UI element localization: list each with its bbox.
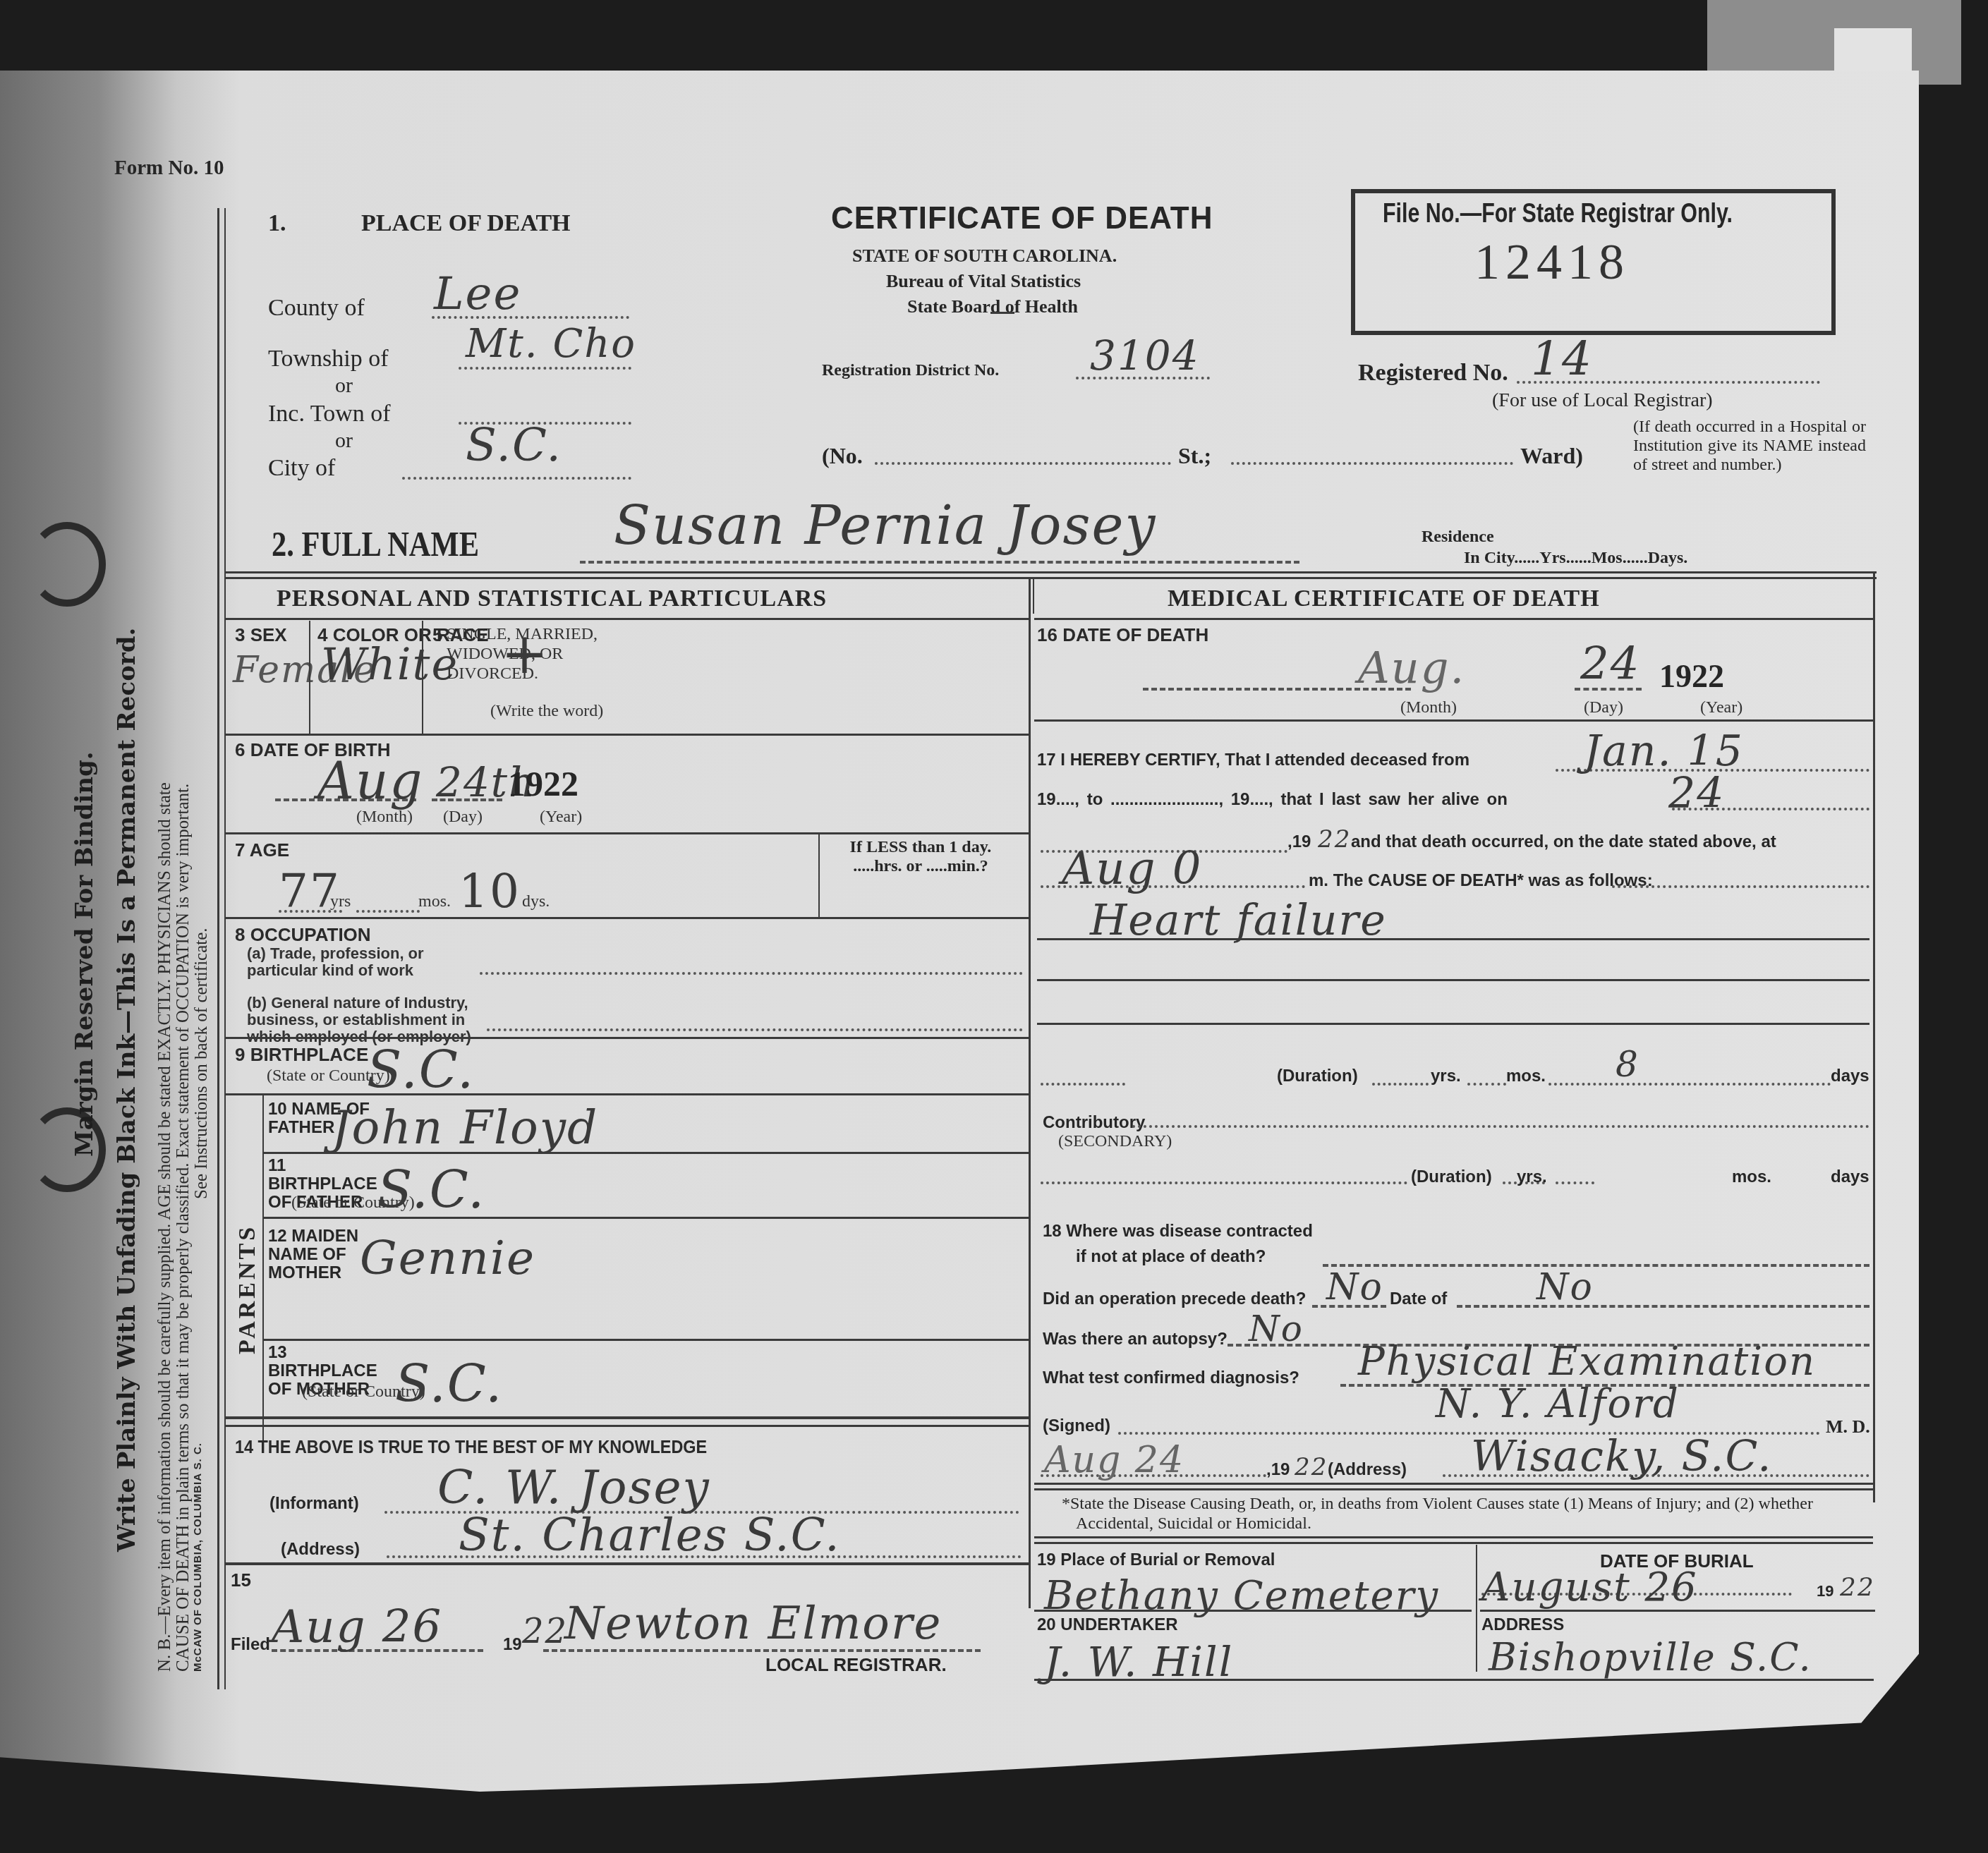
certificate-title: CERTIFICATE OF DEATH xyxy=(831,201,1213,236)
dod-month[interactable]: Aug. xyxy=(1358,642,1465,693)
physician-address-value[interactable]: Wisacky, S.C. xyxy=(1471,1432,1772,1481)
binding-hole-icon xyxy=(28,522,106,607)
mother-birthplace-value[interactable]: S.C. xyxy=(395,1354,503,1414)
margin-nb-line-3: See Instructions on back of certificate. xyxy=(192,928,212,1199)
rule xyxy=(226,1093,1029,1095)
dob-year[interactable]: 1922 xyxy=(508,763,578,804)
occupation-a-label: (a) Trade, profession, or particular kin… xyxy=(247,945,480,979)
street-no-label: (No. xyxy=(822,443,863,469)
cause-of-death-label: m. The CAUSE OF DEATH* was as follows: xyxy=(1309,871,1653,891)
duration-mos-pre xyxy=(1467,1083,1506,1086)
township-line xyxy=(459,367,631,370)
rule xyxy=(1034,1610,1472,1612)
line3-prefix: ,19 xyxy=(1287,832,1311,852)
certify-line-3: and that death occurred, on the date sta… xyxy=(1351,832,1776,852)
dod-year-caption: (Year) xyxy=(1700,698,1742,717)
undertaker-address-label: ADDRESS xyxy=(1481,1615,1564,1635)
local-registrar-label: LOCAL REGISTRAR. xyxy=(765,1654,947,1676)
age-days[interactable]: 10 xyxy=(459,864,521,918)
secondary-duration-label: (Duration) xyxy=(1411,1167,1492,1187)
rule xyxy=(226,618,1029,620)
certify-line-2: 19...., to ......................., 19..… xyxy=(1037,790,1508,810)
ward-label: Ward) xyxy=(1520,443,1583,469)
occupation-b-line xyxy=(487,1028,1023,1031)
dob-month-caption: (Month) xyxy=(356,808,413,827)
margin-nb-line-1: N. B.—Every item of information should b… xyxy=(155,782,175,1672)
test-value[interactable]: Physical Examination xyxy=(1358,1339,1816,1385)
line3-year[interactable]: 22 xyxy=(1318,825,1351,853)
rule xyxy=(226,1037,1029,1039)
cause-line xyxy=(1612,885,1869,888)
registration-district-label: Registration District No. xyxy=(822,361,999,380)
age-mos-label: mos. xyxy=(418,892,451,911)
occupation-a-line xyxy=(480,972,1023,975)
residence-line: In City......Yrs......Mos......Days. xyxy=(1464,549,1687,568)
burial-date-value[interactable]: August 26 xyxy=(1481,1565,1698,1610)
medical-heading: MEDICAL CERTIFICATE OF DEATH xyxy=(1168,585,1600,612)
age-months-line xyxy=(356,910,420,913)
file-number[interactable]: 12418 xyxy=(1474,233,1630,291)
rule xyxy=(1034,719,1873,722)
mother-name-value[interactable]: Gennie xyxy=(360,1231,535,1285)
city-value[interactable]: S.C. xyxy=(466,420,562,472)
age-label: 7 AGE xyxy=(235,839,289,861)
duration-days-line xyxy=(1548,1083,1831,1086)
board-name: State Board of Health xyxy=(907,296,1078,317)
or-label: or xyxy=(335,429,353,453)
rule xyxy=(1034,618,1873,620)
left-border-rule-inner xyxy=(224,208,226,1689)
sex-label: 3 SEX xyxy=(235,624,287,646)
informant-label: (Informant) xyxy=(269,1494,359,1514)
marital-hint: (Write the word) xyxy=(490,702,603,721)
center-divider-inner xyxy=(1033,578,1034,614)
secondary-days-label: days xyxy=(1831,1167,1869,1187)
certify-text: 17 I HEREBY CERTIFY, That I attended dec… xyxy=(1037,751,1469,770)
form-number: Form No. 10 xyxy=(114,157,224,180)
full-name-label: 2. FULL NAME xyxy=(272,523,479,564)
filed-year-prefix: 19 xyxy=(503,1635,522,1655)
test-label: What test confirmed diagnosis? xyxy=(1043,1368,1299,1388)
rule xyxy=(1034,1542,1873,1544)
rule-double-bottom xyxy=(226,577,1877,579)
secondary-mos-line xyxy=(1556,1181,1594,1184)
dod-year[interactable]: 1922 xyxy=(1659,657,1724,695)
filed-year[interactable]: 22 xyxy=(522,1612,568,1651)
center-divider xyxy=(1029,578,1031,1608)
secondary-duration-blank xyxy=(1041,1181,1407,1184)
duration-mos-label: mos. xyxy=(1506,1067,1546,1086)
rule-double-top xyxy=(226,571,1877,573)
duration-blank xyxy=(1041,1083,1125,1086)
county-value[interactable]: Lee xyxy=(434,268,521,320)
rule xyxy=(226,917,1029,919)
margin-binding-note: Margin Reserved For Binding. xyxy=(71,752,99,1158)
md-label: M. D. xyxy=(1826,1416,1870,1438)
marital-number: 5 xyxy=(432,624,442,646)
dob-day-caption: (Day) xyxy=(443,808,483,827)
parents-divider xyxy=(262,1095,264,1447)
street-no-line xyxy=(875,462,1171,465)
time-of-death-value[interactable]: Aug 0 xyxy=(1062,843,1202,895)
physician-address-label: (Address) xyxy=(1328,1460,1407,1480)
age-dys-label: dys. xyxy=(522,892,550,911)
section-15-number: 15 xyxy=(231,1569,251,1591)
occupation-label: 8 OCCUPATION xyxy=(235,924,371,946)
dod-day-caption: (Day) xyxy=(1584,698,1623,717)
registered-no-value[interactable]: 14 xyxy=(1531,332,1593,386)
rule xyxy=(1034,1679,1874,1681)
duration-value[interactable]: 8 xyxy=(1616,1044,1640,1085)
birthplace-value[interactable]: S.C. xyxy=(367,1040,475,1100)
sign-year-value[interactable]: 22 xyxy=(1295,1453,1328,1481)
dod-month-caption: (Month) xyxy=(1400,698,1457,717)
autopsy-value[interactable]: No xyxy=(1249,1308,1304,1349)
secondary-yrs-label: yrs. xyxy=(1517,1167,1547,1187)
full-name-value[interactable]: Susan Pernia Josey xyxy=(614,494,1156,557)
duration-days-label: days xyxy=(1831,1067,1869,1086)
sign-date-value[interactable]: Aug 24 xyxy=(1044,1439,1184,1481)
informant-value[interactable]: C. W. Josey xyxy=(437,1460,710,1514)
township-value[interactable]: Mt. Cho xyxy=(466,321,636,367)
burial-divider xyxy=(1476,1545,1477,1672)
date-of-value[interactable]: No xyxy=(1537,1266,1594,1308)
rule xyxy=(226,832,1029,834)
undertaker-address-value[interactable]: Bishopville S.C. xyxy=(1489,1635,1812,1679)
informant-address-value[interactable]: St. Charles S.C. xyxy=(459,1509,841,1562)
rule xyxy=(1034,1488,1873,1490)
margin-ink-note: Write Plainly With Unfading Black Ink—Th… xyxy=(113,628,141,1552)
rule xyxy=(1034,1536,1873,1538)
sign-year-prefix: ,19 xyxy=(1266,1460,1290,1480)
operation-value[interactable]: No xyxy=(1326,1266,1383,1308)
last-seen-value[interactable]: 24 xyxy=(1668,769,1725,818)
parents-label: PARENTS xyxy=(234,1225,261,1354)
filed-date[interactable]: Aug 26 xyxy=(272,1601,442,1653)
hospital-note: (If death occurred in a Hospital or Inst… xyxy=(1633,418,1866,475)
place-of-death-heading: PLACE OF DEATH xyxy=(361,210,571,237)
rule xyxy=(1480,1610,1875,1612)
duration-yrs-line xyxy=(1372,1083,1429,1086)
rule xyxy=(264,1217,1029,1219)
dob-year-caption: (Year) xyxy=(540,808,582,827)
section-1-number: 1. xyxy=(268,210,286,237)
local-registrar-note: (For use of Local Registrar) xyxy=(1492,389,1713,412)
city-label: City of xyxy=(268,455,335,482)
rule xyxy=(226,734,1029,736)
full-name-line xyxy=(580,561,1299,564)
father-name-value[interactable]: John Floyd xyxy=(332,1100,598,1155)
secondary-label: (SECONDARY) xyxy=(1058,1132,1172,1151)
cause-line-3 xyxy=(1037,979,1869,981)
rule xyxy=(1034,1483,1873,1485)
rule xyxy=(226,1425,1029,1427)
date-of-line xyxy=(1457,1305,1869,1308)
rule xyxy=(422,621,423,734)
or-label: or xyxy=(335,374,353,398)
personal-heading: PERSONAL AND STATISTICAL PARTICULARS xyxy=(277,585,827,612)
birthplace-label: 9 BIRTHPLACE xyxy=(235,1044,368,1066)
burial-place-value[interactable]: Bethany Cemetery xyxy=(1044,1573,1439,1619)
q18-label: 18 Where was disease contracted xyxy=(1043,1222,1313,1241)
q18-line xyxy=(1323,1264,1869,1267)
signed-label: (Signed) xyxy=(1043,1416,1110,1436)
date-of-label: Date of xyxy=(1390,1289,1447,1309)
burial-year-value[interactable]: 22 xyxy=(1840,1573,1875,1602)
rule xyxy=(264,1152,1029,1154)
rule xyxy=(226,1562,1029,1565)
registration-district-value[interactable]: 3104 xyxy=(1090,332,1200,379)
township-label: Township of xyxy=(268,346,388,372)
dod-day[interactable]: 24 xyxy=(1580,638,1640,691)
city-line xyxy=(402,477,631,480)
cause-line-2 xyxy=(1037,938,1869,940)
file-box-label: File No.—For State Registrar Only. xyxy=(1383,199,1733,229)
burial-place-label: 19 Place of Burial or Removal xyxy=(1037,1550,1275,1570)
filed-label: Filed xyxy=(231,1635,270,1655)
age-yrs-label: yrs xyxy=(330,892,351,911)
father-birthplace-value[interactable]: S.C. xyxy=(377,1160,485,1220)
secondary-mos-label: mos. xyxy=(1732,1167,1771,1187)
dob-month[interactable]: Aug xyxy=(317,751,423,810)
right-border-rule xyxy=(1873,571,1875,1502)
state-name: STATE OF SOUTH CAROLINA. xyxy=(852,245,1117,267)
ward-line xyxy=(1231,462,1513,465)
residence-label: Residence xyxy=(1422,528,1494,547)
physician-signature[interactable]: N. Y. Alford xyxy=(1436,1381,1680,1427)
rule xyxy=(309,621,310,734)
registrar-signature[interactable]: Newton Elmore xyxy=(564,1598,942,1650)
contributory-line xyxy=(1132,1125,1869,1128)
informant-heading: 14 THE ABOVE IS TRUE TO THE BEST OF MY K… xyxy=(235,1436,707,1458)
left-border-rule xyxy=(217,208,219,1689)
contributory-label: Contributory xyxy=(1043,1113,1145,1133)
undertaker-label: 20 UNDERTAKER xyxy=(1037,1615,1178,1635)
inc-town-label: Inc. Town of xyxy=(268,401,391,427)
q18-label-2: if not at place of death? xyxy=(1076,1247,1266,1267)
rule xyxy=(818,834,820,917)
marital-value[interactable]: + xyxy=(501,621,550,686)
informant-address-label: (Address) xyxy=(281,1540,360,1560)
street-label: St.; xyxy=(1178,443,1211,469)
registered-no-label: Registered No. xyxy=(1358,360,1508,387)
operation-label: Did an operation precede death? xyxy=(1043,1289,1306,1309)
if-less-note: If LESS than 1 day. .....hrs. or .....mi… xyxy=(836,838,1005,876)
rule xyxy=(264,1339,1029,1341)
autopsy-label: Was there an autopsy? xyxy=(1043,1330,1228,1349)
header-divider xyxy=(990,312,1014,314)
burial-year-prefix: 19 xyxy=(1817,1582,1834,1600)
cause-line-4 xyxy=(1037,1023,1869,1025)
county-label: County of xyxy=(268,295,365,322)
duration-yrs-label: yrs. xyxy=(1431,1067,1461,1086)
bureau-name: Bureau of Vital Statistics xyxy=(886,271,1081,292)
printer-imprint: McCAW OF COLUMBIA, COLUMBIA S. C. xyxy=(192,1442,204,1672)
date-of-death-label: 16 DATE OF DEATH xyxy=(1037,624,1208,646)
rule xyxy=(226,1416,1029,1419)
margin-nb-line-2: CAUSE OF DEATH in plain terms so that it… xyxy=(174,784,193,1672)
duration-label: (Duration) xyxy=(1277,1067,1358,1086)
cause-footnote: *State the Disease Causing Death, or, in… xyxy=(1062,1494,1852,1533)
